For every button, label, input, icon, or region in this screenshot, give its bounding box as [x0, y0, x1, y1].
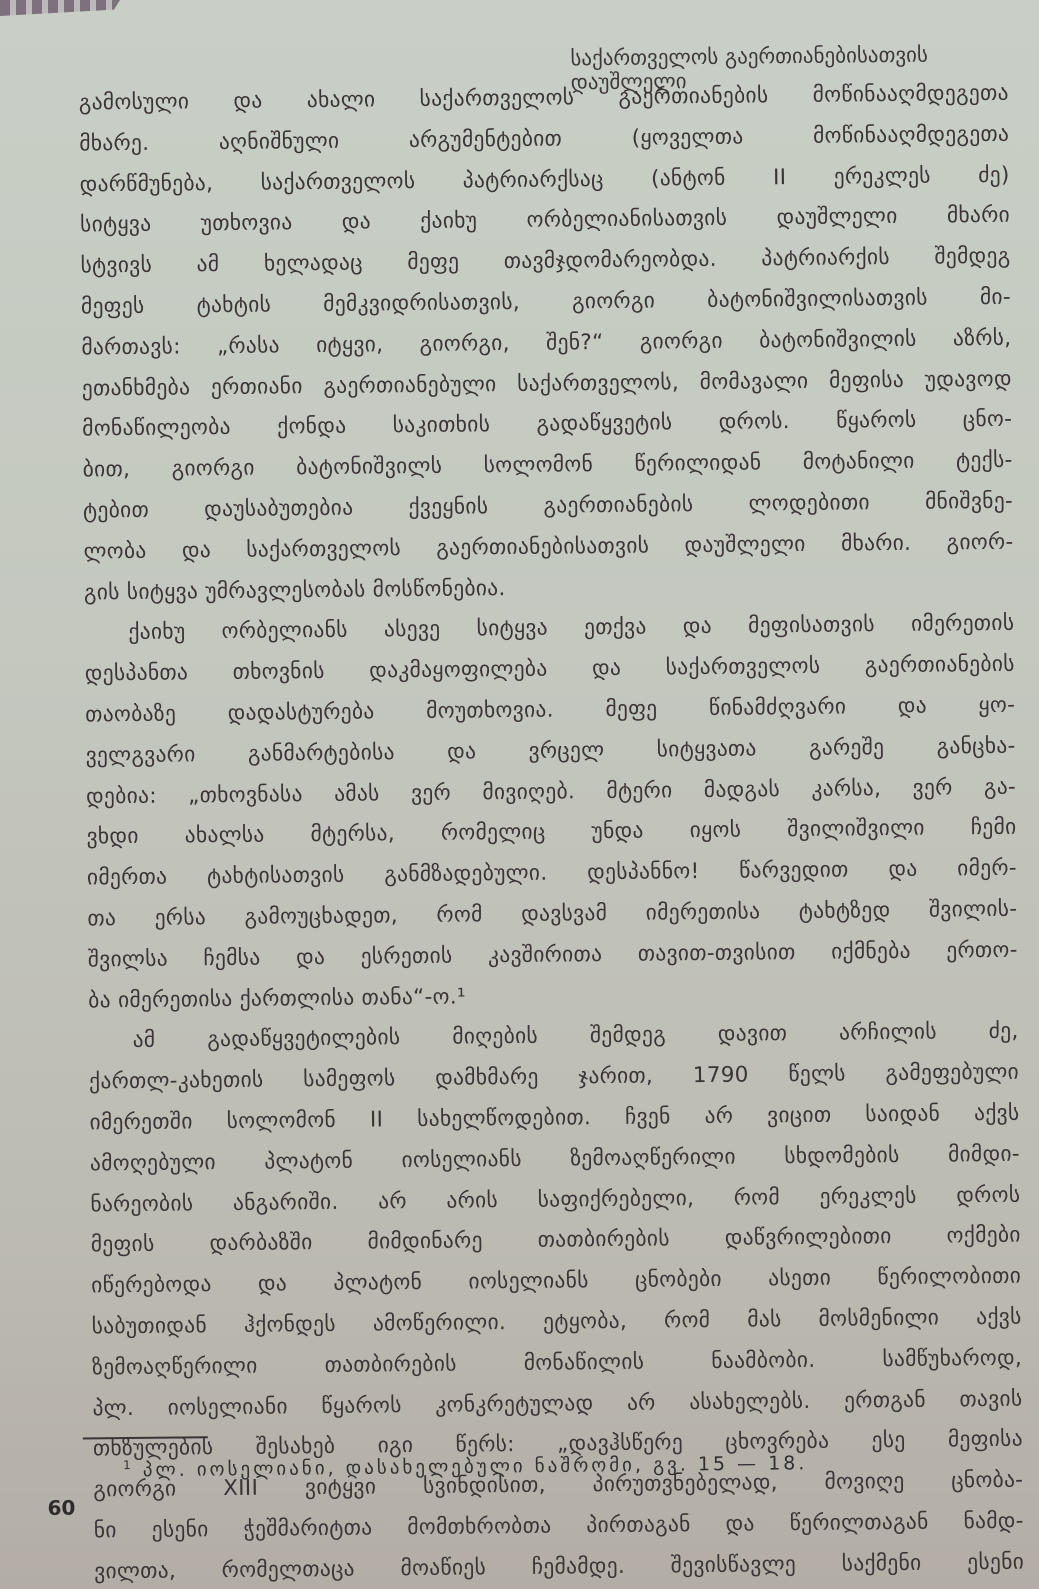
- torn-cover-edge: [0, 0, 120, 16]
- page-number: 60: [47, 1496, 75, 1520]
- paragraph-3: ამ გადაწყვეტილების მიღების შემდეგ დავით …: [88, 1012, 1024, 1589]
- book-page: საქართველოს გაერთიანებისათვის დაუშლელი გ…: [30, 14, 1031, 1584]
- footnote-marker: 1: [123, 1458, 134, 1472]
- paragraph-1: გამოსული და ახალი საქართველოს გაერთიანებ…: [79, 74, 1015, 614]
- body-text: გამოსული და ახალი საქართველოს გაერთიანებ…: [79, 74, 1025, 1589]
- paragraph-2: ქაიხუ ორბელიანს ასევე სიტყვა ეთქვა და მე…: [84, 604, 1018, 1022]
